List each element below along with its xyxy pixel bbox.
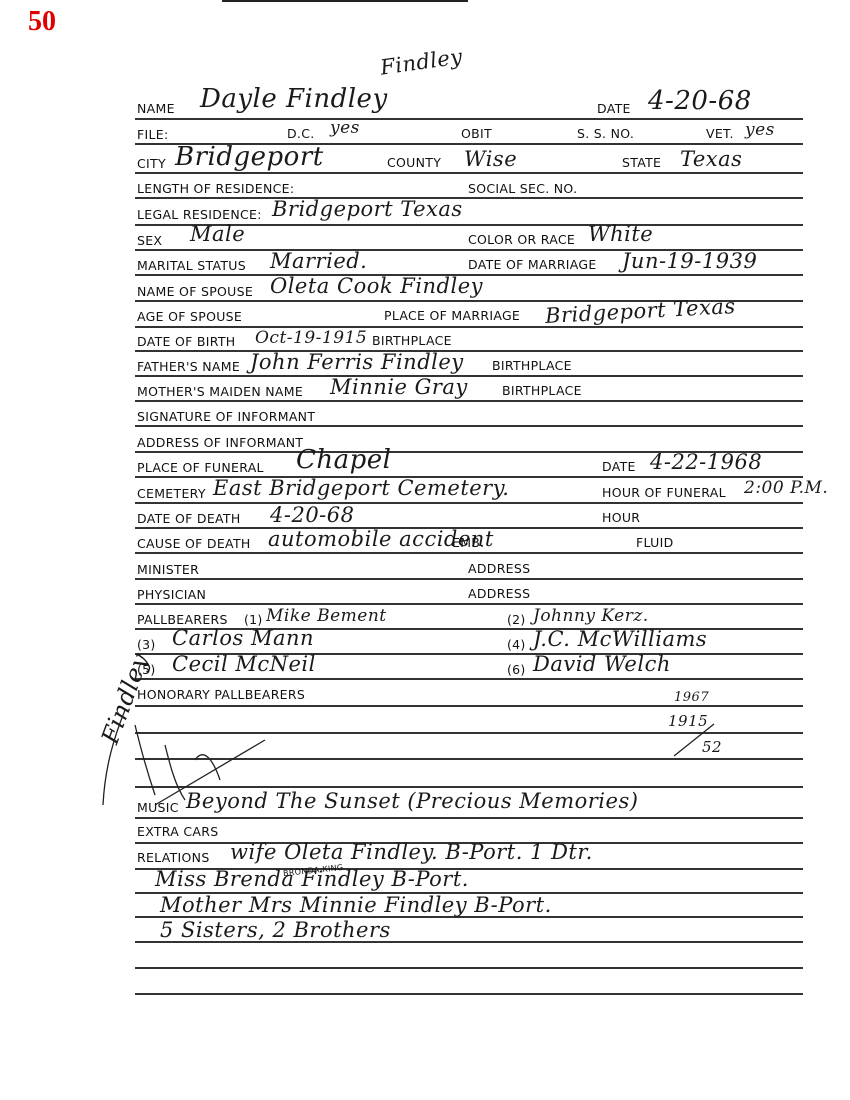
city-label: CITY bbox=[137, 156, 166, 171]
length-of-residence-label: LENGTH OF RESIDENCE: bbox=[137, 181, 294, 196]
place-of-funeral-label: PLACE OF FUNERAL bbox=[137, 460, 264, 475]
sex-label: SEX bbox=[137, 233, 162, 248]
fathers-name-value[interactable]: John Ferris Findley bbox=[250, 350, 464, 374]
date-value[interactable]: 4-20-68 bbox=[648, 86, 752, 116]
sex-value[interactable]: Male bbox=[190, 222, 245, 246]
legal-residence-value[interactable]: Bridgeport Texas bbox=[272, 197, 463, 221]
mothers-birthplace-label: BIRTHPLACE bbox=[502, 383, 582, 398]
cemetery-value[interactable]: East Bridgeport Cemetery. bbox=[213, 476, 509, 500]
address-of-informant-label: ADDRESS OF INFORMANT bbox=[137, 435, 303, 450]
file-label: FILE: bbox=[137, 127, 168, 142]
color-or-race-label: COLOR OR RACE bbox=[468, 232, 575, 247]
pallbearer-4[interactable]: J.C. McWilliams bbox=[533, 627, 707, 651]
honorary-pallbearers-label: HONORARY PALLBEARERS bbox=[137, 687, 305, 702]
fathers-birthplace-label: BIRTHPLACE bbox=[492, 358, 572, 373]
hour-of-funeral-label: HOUR OF FUNERAL bbox=[602, 485, 726, 500]
pallbearers-label: PALLBEARERS bbox=[137, 612, 228, 627]
vet-value[interactable]: yes bbox=[745, 120, 775, 140]
minister-label: MINISTER bbox=[137, 562, 199, 577]
pallbearer-num-6: (6) bbox=[507, 662, 526, 677]
legal-residence-label: LEGAL RESIDENCE: bbox=[137, 207, 262, 222]
emb-label: EMB. bbox=[452, 535, 484, 550]
funeral-date-label: DATE bbox=[602, 459, 636, 474]
birthplace-label: BIRTHPLACE bbox=[372, 333, 452, 348]
mothers-maiden-name-label: MOTHER'S MAIDEN NAME bbox=[137, 384, 303, 399]
page-number: 50 bbox=[28, 6, 56, 38]
slash-mark-icon bbox=[670, 720, 720, 760]
pallbearer-6[interactable]: David Welch bbox=[533, 652, 671, 676]
county-label: COUNTY bbox=[387, 155, 441, 170]
marital-status-label: MARITAL STATUS bbox=[137, 258, 246, 273]
city-value[interactable]: Bridgeport bbox=[175, 142, 324, 172]
pallbearer-2[interactable]: Johnny Kerz. bbox=[533, 606, 649, 626]
hour-of-funeral-value[interactable]: 2:00 P.M. bbox=[744, 478, 828, 498]
marital-status-value[interactable]: Married. bbox=[270, 249, 367, 273]
physician-label: PHYSICIAN bbox=[137, 587, 206, 602]
cemetery-label: CEMETERY bbox=[137, 486, 206, 501]
date-of-death-label: DATE OF DEATH bbox=[137, 511, 241, 526]
color-or-race-value[interactable]: White bbox=[588, 222, 653, 246]
music-value[interactable]: Beyond The Sunset (Precious Memories) bbox=[186, 789, 638, 813]
place-of-funeral-value[interactable]: Chapel bbox=[296, 445, 392, 475]
pallbearer-num-1: (1) bbox=[244, 612, 263, 627]
pallbearer-5[interactable]: Cecil McNeil bbox=[172, 652, 316, 676]
date-of-marriage-label: DATE OF MARRIAGE bbox=[468, 257, 597, 272]
fluid-label: FLUID bbox=[636, 535, 674, 550]
vet-label: VET. bbox=[706, 126, 734, 141]
relations-label: RELATIONS bbox=[137, 850, 210, 865]
date-of-birth-value[interactable]: Oct-19-1915 bbox=[255, 328, 367, 348]
pallbearer-num-4: (4) bbox=[507, 637, 526, 652]
dc-value[interactable]: yes bbox=[330, 118, 360, 138]
county-value[interactable]: Wise bbox=[464, 147, 517, 171]
extra-cars-label: EXTRA CARS bbox=[137, 824, 218, 839]
signature-of-informant-label: SIGNATURE OF INFORMANT bbox=[137, 409, 315, 424]
state-value[interactable]: Texas bbox=[680, 147, 742, 171]
place-of-marriage-label: PLACE OF MARRIAGE bbox=[384, 308, 520, 323]
date-of-birth-label: DATE OF BIRTH bbox=[137, 334, 235, 349]
age-of-spouse-label: AGE OF SPOUSE bbox=[137, 309, 242, 324]
relations-line-4[interactable]: 5 Sisters, 2 Brothers bbox=[160, 918, 391, 942]
minister-address-label: ADDRESS bbox=[468, 561, 530, 576]
date-of-marriage-value[interactable]: Jun-19-1939 bbox=[622, 249, 757, 273]
music-label: MUSIC bbox=[137, 800, 179, 815]
name-value[interactable]: Dayle Findley bbox=[200, 84, 388, 114]
pallbearer-num-3: (3) bbox=[137, 637, 156, 652]
top-rule bbox=[222, 0, 468, 2]
social-sec-no-label: SOCIAL SEC. NO. bbox=[468, 181, 577, 196]
date-of-death-value[interactable]: 4-20-68 bbox=[270, 503, 355, 527]
pallbearer-num-2: (2) bbox=[507, 612, 526, 627]
hour-label: HOUR bbox=[602, 510, 640, 525]
fathers-name-label: FATHER'S NAME bbox=[137, 359, 240, 374]
name-of-spouse-value[interactable]: Oleta Cook Findley bbox=[270, 274, 483, 298]
name-label: NAME bbox=[137, 101, 175, 116]
state-label: STATE bbox=[622, 155, 661, 170]
dc-label: D.C. bbox=[287, 126, 315, 141]
pallbearer-3[interactable]: Carlos Mann bbox=[172, 626, 314, 650]
physician-address-label: ADDRESS bbox=[468, 586, 530, 601]
obit-label: OBIT bbox=[461, 126, 492, 141]
name-of-spouse-label: NAME OF SPOUSE bbox=[137, 284, 253, 299]
date-label: DATE bbox=[597, 101, 631, 116]
ss-no-label: S. S. NO. bbox=[577, 126, 634, 141]
relations-line-1[interactable]: wife Oleta Findley. B-Port. 1 Dtr. bbox=[230, 840, 593, 864]
name-annotation: Findley bbox=[379, 44, 464, 79]
margin-calc-1: 1967 bbox=[674, 690, 709, 705]
pallbearer-1[interactable]: Mike Bement bbox=[266, 606, 387, 626]
mothers-maiden-name-value[interactable]: Minnie Gray bbox=[330, 375, 468, 399]
cause-of-death-label: CAUSE OF DEATH bbox=[137, 536, 251, 551]
relations-line-3[interactable]: Mother Mrs Minnie Findley B-Port. bbox=[160, 893, 552, 917]
funeral-date-value[interactable]: 4-22-1968 bbox=[650, 450, 762, 474]
